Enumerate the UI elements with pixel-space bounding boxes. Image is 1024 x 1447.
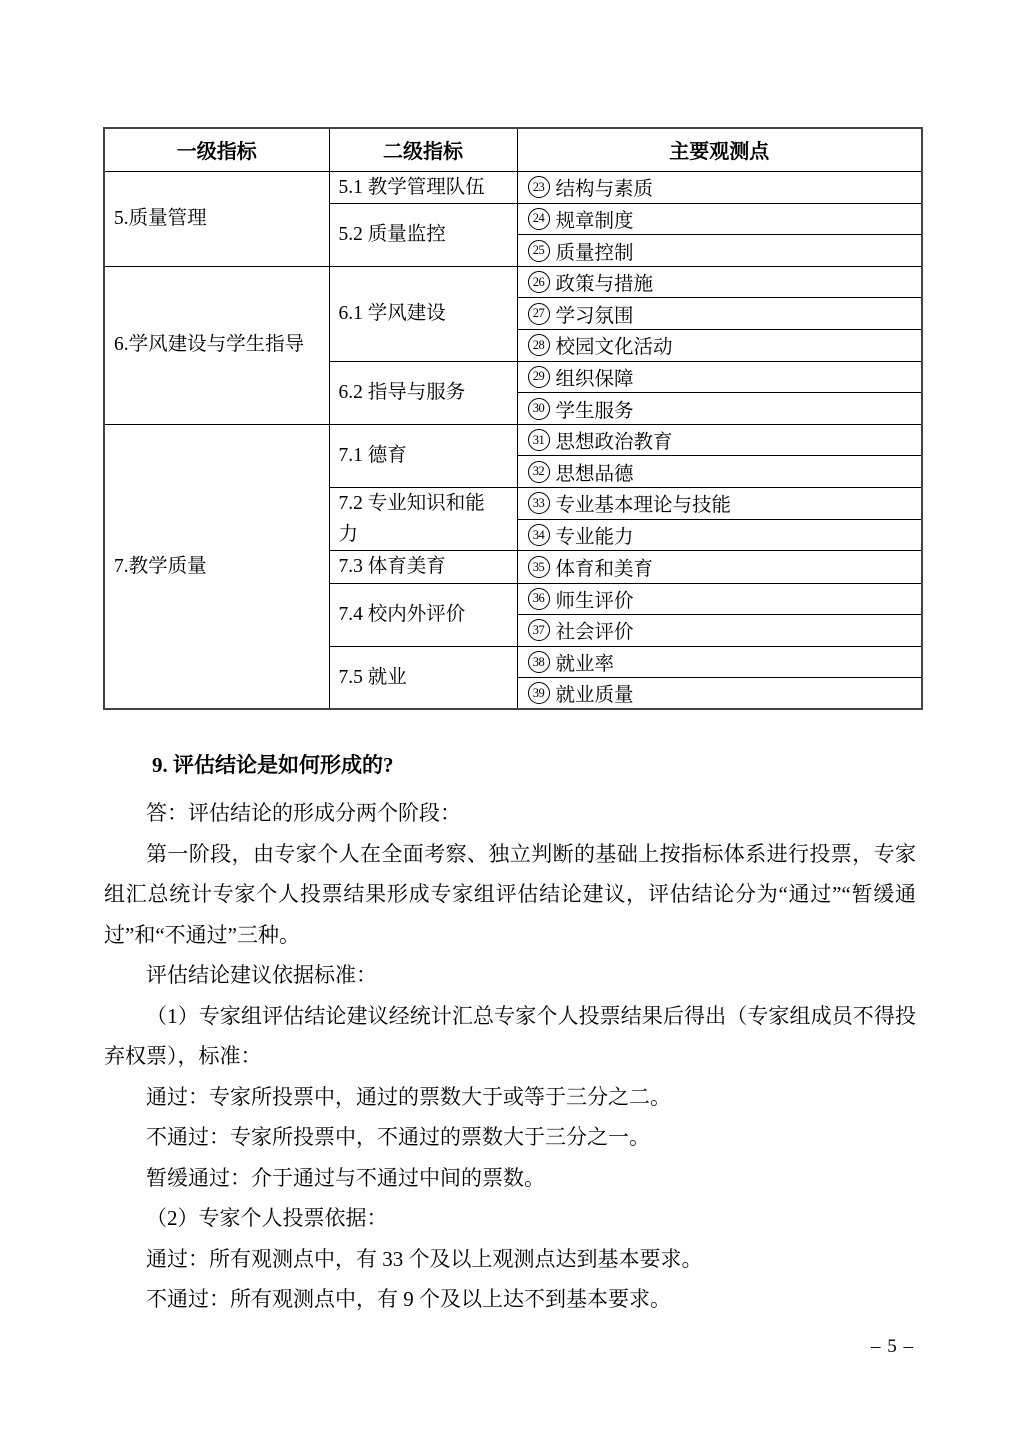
observation-point-cell: 28校园文化活动 [517, 330, 922, 362]
observation-point-cell: 34专业能力 [517, 519, 922, 551]
observation-point-label: 质量控制 [556, 237, 634, 265]
observation-point-cell: 33专业基本理论与技能 [517, 488, 922, 520]
level2-indicator-cell: 7.5 就业 [329, 646, 517, 709]
observation-point: 26政策与措施 [528, 268, 918, 296]
level2-indicator-cell: 7.4 校内外评价 [329, 583, 517, 646]
observation-point: 33专业基本理论与技能 [528, 489, 918, 517]
column-header-level1: 一级指标 [104, 128, 329, 171]
column-header-points: 主要观测点 [517, 128, 922, 171]
observation-point-label: 思想政治教育 [556, 426, 673, 454]
observation-point-label: 学习氛围 [556, 300, 634, 328]
observation-point-cell: 23结构与素质 [517, 171, 922, 203]
answer-paragraph: 通过：所有观测点中，有 33 个及以上观测点达到基本要求。 [104, 1239, 916, 1280]
observation-point-label: 就业质量 [556, 679, 634, 707]
answer-paragraph: （2）专家个人投票依据： [104, 1198, 916, 1239]
observation-point-cell: 38就业率 [517, 646, 922, 678]
observation-point-cell: 24规章制度 [517, 203, 922, 235]
circled-number-icon: 39 [528, 682, 550, 704]
answer-paragraph: 通过：专家所投票中，通过的票数大于或等于三分之二。 [104, 1077, 916, 1118]
level2-indicator-cell: 7.3 体育美育 [329, 551, 517, 583]
answer-paragraph: 评估结论建议依据标准： [104, 955, 916, 996]
level2-indicator-cell: 7.2 专业知识和能力 [329, 488, 517, 551]
circled-number-icon: 25 [528, 240, 550, 262]
circled-number-icon: 27 [528, 303, 550, 325]
circled-number-icon: 33 [528, 492, 550, 514]
observation-point-cell: 30学生服务 [517, 393, 922, 425]
observation-point-label: 专业基本理论与技能 [556, 489, 732, 517]
level2-indicator-cell: 5.2 质量监控 [329, 203, 517, 266]
observation-point: 29组织保障 [528, 363, 918, 391]
circled-number-icon: 37 [528, 619, 550, 641]
circled-number-icon: 36 [528, 588, 550, 610]
observation-point-cell: 31思想政治教育 [517, 424, 922, 456]
answer-section: 9. 评估结论是如何形成的? 答：评估结论的形成分两个阶段：第一阶段，由专家个人… [104, 745, 916, 1320]
circled-number-icon: 26 [528, 271, 550, 293]
level1-indicator-cell: 7.教学质量 [104, 424, 329, 709]
observation-point-label: 学生服务 [556, 395, 634, 423]
observation-point-label: 结构与素质 [556, 173, 654, 201]
observation-point-cell: 32思想品德 [517, 456, 922, 488]
observation-point-cell: 36师生评价 [517, 583, 922, 615]
observation-point-cell: 39就业质量 [517, 678, 922, 710]
observation-point-label: 体育和美育 [556, 553, 654, 581]
observation-point: 38就业率 [528, 648, 918, 676]
table-row: 7.教学质量7.1 德育31思想政治教育 [104, 424, 922, 456]
level1-indicator-cell: 6.学风建设与学生指导 [104, 266, 329, 424]
observation-point: 34专业能力 [528, 521, 918, 549]
observation-point: 36师生评价 [528, 585, 918, 613]
circled-number-icon: 32 [528, 461, 550, 483]
table-row: 6.学风建设与学生指导6.1 学风建设26政策与措施 [104, 266, 922, 298]
document-page: 一级指标 二级指标 主要观测点 5.质量管理5.1 教学管理队伍23结构与素质5… [0, 0, 1024, 1447]
level1-indicator-cell: 5.质量管理 [104, 171, 329, 266]
observation-point-cell: 27学习氛围 [517, 298, 922, 330]
observation-point: 30学生服务 [528, 395, 918, 423]
table-row: 5.质量管理5.1 教学管理队伍23结构与素质 [104, 171, 922, 203]
observation-point-label: 组织保障 [556, 363, 634, 391]
observation-point-cell: 25质量控制 [517, 235, 922, 267]
table-header-row: 一级指标 二级指标 主要观测点 [104, 128, 922, 171]
observation-point-label: 师生评价 [556, 585, 634, 613]
answer-paragraph: （1）专家组评估结论建议经统计汇总专家个人投票结果后得出（专家组成员不得投弃权票… [104, 996, 916, 1077]
observation-point: 37社会评价 [528, 616, 918, 644]
observation-point: 27学习氛围 [528, 300, 918, 328]
observation-point-cell: 37社会评价 [517, 615, 922, 647]
circled-number-icon: 31 [528, 429, 550, 451]
observation-point: 28校园文化活动 [528, 331, 918, 359]
circled-number-icon: 24 [528, 208, 550, 230]
circled-number-icon: 29 [528, 366, 550, 388]
observation-point-label: 规章制度 [556, 205, 634, 233]
answer-paragraph: 不通过：专家所投票中，不通过的票数大于三分之一。 [104, 1117, 916, 1158]
level2-indicator-cell: 6.2 指导与服务 [329, 361, 517, 424]
observation-point: 35体育和美育 [528, 553, 918, 581]
observation-point: 32思想品德 [528, 458, 918, 486]
observation-point-cell: 29组织保障 [517, 361, 922, 393]
observation-point-label: 校园文化活动 [556, 331, 673, 359]
observation-point: 39就业质量 [528, 679, 918, 707]
observation-point: 23结构与素质 [528, 173, 918, 201]
observation-point: 31思想政治教育 [528, 426, 918, 454]
circled-number-icon: 23 [528, 176, 550, 198]
observation-point-cell: 35体育和美育 [517, 551, 922, 583]
circled-number-icon: 34 [528, 524, 550, 546]
level2-indicator-cell: 5.1 教学管理队伍 [329, 171, 517, 203]
answer-paragraph: 暂缓通过：介于通过与不通过中间的票数。 [104, 1158, 916, 1199]
circled-number-icon: 28 [528, 334, 550, 356]
column-header-level2: 二级指标 [329, 128, 517, 171]
observation-point-label: 专业能力 [556, 521, 634, 549]
answer-paragraphs: 答：评估结论的形成分两个阶段：第一阶段，由专家个人在全面考察、独立判断的基础上按… [104, 793, 916, 1320]
observation-point-label: 社会评价 [556, 616, 634, 644]
observation-point-label: 思想品德 [556, 458, 634, 486]
level2-indicator-cell: 6.1 学风建设 [329, 266, 517, 361]
level2-indicator-cell: 7.1 德育 [329, 424, 517, 487]
indicator-table: 一级指标 二级指标 主要观测点 5.质量管理5.1 教学管理队伍23结构与素质5… [103, 127, 923, 710]
page-number: – 5 – [871, 1336, 914, 1358]
observation-point-label: 政策与措施 [556, 268, 654, 296]
question-heading: 9. 评估结论是如何形成的? [104, 745, 916, 785]
observation-point: 24规章制度 [528, 205, 918, 233]
observation-point: 25质量控制 [528, 237, 918, 265]
indicator-table-body: 5.质量管理5.1 教学管理队伍23结构与素质5.2 质量监控24规章制度25质… [104, 171, 922, 709]
observation-point-cell: 26政策与措施 [517, 266, 922, 298]
answer-paragraph: 第一阶段，由专家个人在全面考察、独立判断的基础上按指标体系进行投票，专家组汇总统… [104, 834, 916, 956]
answer-paragraph: 不通过：所有观测点中，有 9 个及以上达不到基本要求。 [104, 1279, 916, 1320]
observation-point-label: 就业率 [556, 648, 615, 676]
circled-number-icon: 35 [528, 556, 550, 578]
circled-number-icon: 38 [528, 651, 550, 673]
answer-paragraph: 答：评估结论的形成分两个阶段： [104, 793, 916, 834]
circled-number-icon: 30 [528, 398, 550, 420]
